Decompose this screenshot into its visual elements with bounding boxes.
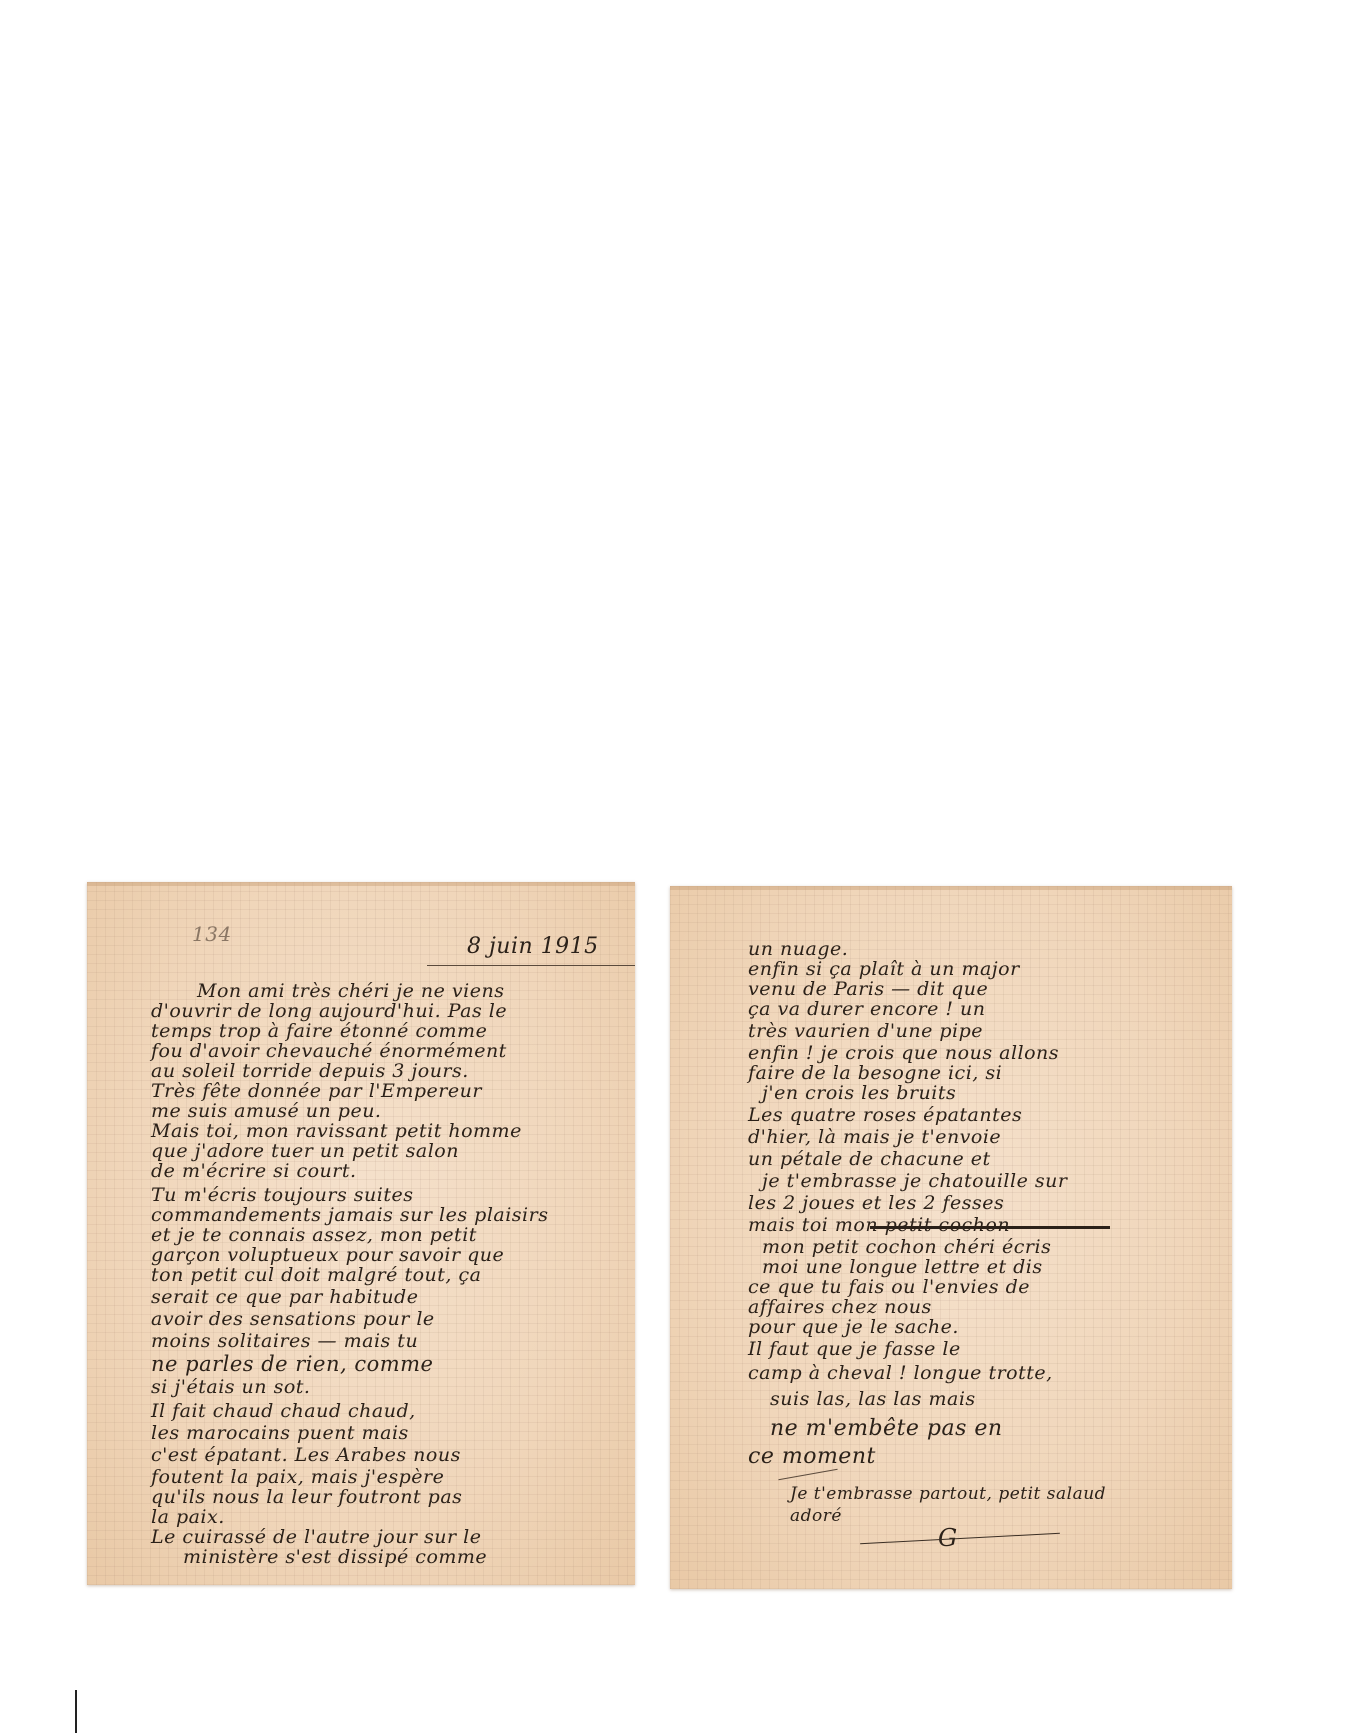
strike-through-mark xyxy=(870,1226,1110,1229)
letter-line: d'ouvrir de long aujourd'hui. Pas le xyxy=(151,1000,507,1022)
letter-line: moins solitaires — mais tu xyxy=(151,1330,418,1352)
letter-page-left: 134 8 juin 1915 Mon ami très chéri je ne… xyxy=(87,882,635,1585)
letter-line: me suis amusé un peu. xyxy=(151,1100,381,1122)
paper-top-edge xyxy=(670,886,1232,890)
letter-line: si j'étais un sot. xyxy=(151,1376,310,1398)
date-underline xyxy=(427,965,635,966)
letter-line: ce que tu fais ou l'envies de xyxy=(748,1276,1030,1298)
letter-page-right: un nuage. enfin si ça plaît à un major v… xyxy=(670,886,1232,1589)
letter-line: un pétale de chacune et xyxy=(748,1148,991,1170)
letter-line: enfin ! je crois que nous allons xyxy=(748,1042,1059,1064)
letter-line: Mais toi, mon ravissant petit homme xyxy=(151,1120,522,1142)
archive-number: 134 xyxy=(192,922,232,946)
letter-line: ne parles de rien, comme xyxy=(151,1352,434,1376)
letter-line: et je te connais assez, mon petit xyxy=(151,1224,477,1246)
closing-line: adoré xyxy=(790,1506,842,1526)
letter-line: avoir des sensations pour le xyxy=(151,1308,435,1330)
letter-line: Les quatre roses épatantes xyxy=(748,1104,1022,1126)
letter-line: que j'adore tuer un petit salon xyxy=(151,1140,459,1162)
letter-line: enfin si ça plaît à un major xyxy=(748,958,1020,980)
letter-line: de m'écrire si court. xyxy=(151,1160,357,1182)
letter-line: Il fait chaud chaud chaud, xyxy=(151,1400,416,1422)
closing-line: Je t'embrasse partout, petit salaud xyxy=(790,1484,1106,1504)
letter-line: Tu m'écris toujours suites xyxy=(151,1184,413,1206)
letter-line: qu'ils nous la leur foutront pas xyxy=(151,1486,462,1508)
letter-line: Il faut que je fasse le xyxy=(748,1338,961,1360)
letter-line: ton petit cul doit malgré tout, ça xyxy=(151,1264,481,1286)
letter-line: faire de la besogne ici, si xyxy=(748,1062,1002,1084)
flourish-mark xyxy=(778,1469,837,1480)
letter-line: Le cuirassé de l'autre jour sur le xyxy=(151,1526,481,1548)
letter-line: moi une longue lettre et dis xyxy=(762,1256,1043,1278)
letter-line: affaires chez nous xyxy=(748,1296,932,1318)
letter-line: Très fête donnée par l'Empereur xyxy=(151,1080,482,1102)
letter-line: un nuage. xyxy=(748,938,848,960)
letter-line: la paix. xyxy=(151,1506,225,1528)
letter-line: pour que je le sache. xyxy=(748,1316,959,1338)
letter-line: camp à cheval ! longue trotte, xyxy=(748,1362,1053,1384)
letter-line: les marocains puent mais xyxy=(151,1422,409,1444)
letter-line: mon petit cochon chéri écris xyxy=(762,1236,1051,1258)
letter-line: temps trop à faire étonné comme xyxy=(151,1020,487,1042)
letter-line: je t'embrasse je chatouille sur xyxy=(762,1170,1067,1192)
letter-line: commandements jamais sur les plaisirs xyxy=(151,1204,548,1226)
letter-line: foutent la paix, mais j'espère xyxy=(151,1466,444,1488)
letter-line: les 2 joues et les 2 fesses xyxy=(748,1192,1004,1214)
letter-date: 8 juin 1915 xyxy=(467,934,599,959)
letter-line: ce moment xyxy=(748,1444,876,1469)
letter-line: suis las, las las mais xyxy=(770,1388,976,1410)
letter-line: j'en crois les bruits xyxy=(762,1082,956,1104)
letter-line: serait ce que par habitude xyxy=(151,1286,418,1308)
letter-line: au soleil torride depuis 3 jours. xyxy=(151,1060,469,1082)
letter-line: ça va durer encore ! un xyxy=(748,998,986,1020)
letter-line: Mon ami très chéri je ne viens xyxy=(197,980,504,1002)
letter-line: c'est épatant. Les Arabes nous xyxy=(151,1444,461,1466)
letter-line: ministère s'est dissipé comme xyxy=(183,1546,487,1568)
letter-line: d'hier, là mais je t'envoie xyxy=(748,1126,1001,1148)
paper-top-edge xyxy=(87,882,635,886)
letter-line: garçon voluptueux pour savoir que xyxy=(151,1244,504,1266)
letter-line: venu de Paris — dit que xyxy=(748,978,988,1000)
letter-line: très vaurien d'une pipe xyxy=(748,1020,983,1042)
letter-line: fou d'avoir chevauché énormément xyxy=(151,1040,507,1062)
letter-line: ne m'embête pas en xyxy=(770,1416,1003,1441)
signature-underline xyxy=(860,1533,1060,1544)
margin-line-marker xyxy=(75,1690,77,1733)
